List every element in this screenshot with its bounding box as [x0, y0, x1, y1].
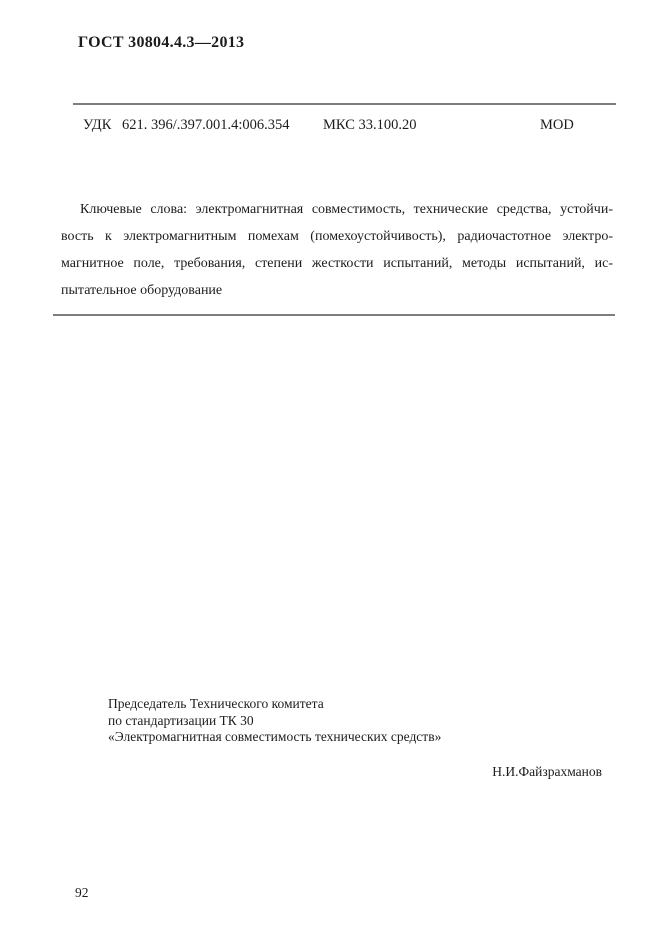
- keywords-line: магнитное поле, требования, степени жест…: [61, 250, 613, 277]
- keywords-line: Ключевые слова: электромагнитная совмест…: [61, 196, 613, 223]
- committee-line: по стандартизации ТК 30: [108, 713, 441, 730]
- chairman-signature-name: Н.И.Файзрахманов: [492, 764, 602, 780]
- document-page: ГОСТ 30804.4.3—2013 УДК 621. 396/.397.00…: [0, 0, 661, 935]
- page-number: 92: [75, 885, 89, 901]
- committee-line: Председатель Технического комитета: [108, 696, 441, 713]
- mod-marker: MOD: [540, 117, 574, 134]
- mks-code: МКС 33.100.20: [323, 117, 417, 134]
- standard-number-heading: ГОСТ 30804.4.3—2013: [78, 34, 244, 52]
- bottom-horizontal-rule: [53, 314, 615, 316]
- top-horizontal-rule: [73, 103, 616, 105]
- committee-line: «Электромагнитная совместимость техничес…: [108, 729, 441, 746]
- keywords-line: вость к электромагнитным помехам (помехо…: [61, 223, 613, 250]
- udk-label: УДК: [83, 117, 111, 134]
- classification-row: УДК 621. 396/.397.001.4:006.354 МКС 33.1…: [0, 117, 661, 135]
- keywords-line: пытательное оборудование: [61, 277, 613, 304]
- udk-value: 621. 396/.397.001.4:006.354: [122, 117, 290, 134]
- committee-attribution: Председатель Технического комитета по ст…: [108, 696, 441, 746]
- keywords-paragraph: Ключевые слова: электромагнитная совмест…: [61, 196, 613, 304]
